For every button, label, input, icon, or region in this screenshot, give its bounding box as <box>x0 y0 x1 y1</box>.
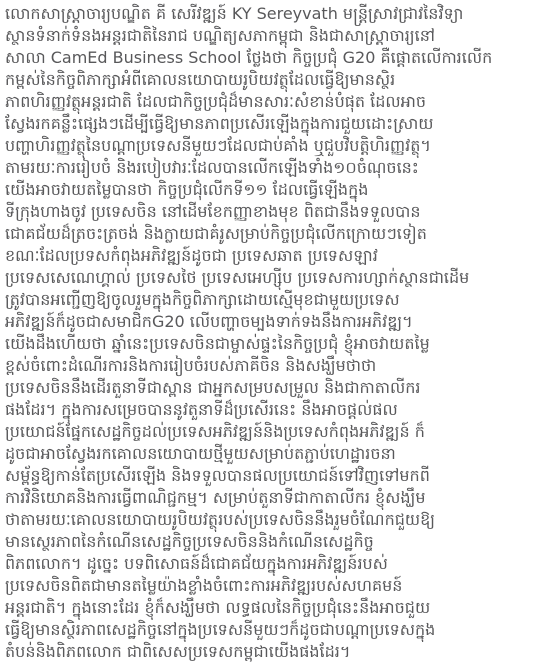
text-line: ភាពហិរញ្ញវត្ថុអន្តរជាតិ ដែលជាកិច្ចប្រជុំ… <box>5 91 535 113</box>
text-line: ជោគជ័យដ៏ត្រចះត្រចង់ និងក្លាយជាគំរូសម្រាប… <box>5 223 535 245</box>
text-line: ថាតាមរយៈគោលនយោបាយរូបិយវត្ថុរបស់ប្រទេសចិន… <box>5 509 535 531</box>
text-line: អភិវឌ្ឍន៍ក៏ដូចជាសមាជិកG20 លើបញ្ហាចម្បងទា… <box>5 311 535 333</box>
text-line: ផងដែរ។ ក្នុងការសម្រេចបាននូវតួនាទីដ៏ប្រសើ… <box>5 399 535 421</box>
text-line: ត្រូវបានអញ្ជើញឱ្យចូលរួមក្នុងកិច្ចពិភាក្ស… <box>5 289 535 311</box>
text-line: តាមរយៈការរៀបចំ និងរបៀបវារៈដែលបានលើកឡើងទា… <box>5 157 535 179</box>
text-line: សាលា CamEd Business School ថ្លែងថា កិច្ច… <box>5 47 535 69</box>
text-line: មានស្ថេរភាពនៃកំណើនសេដ្ឋកិច្ចប្រទេសចិននិង… <box>5 531 535 553</box>
document-page: លោកសាស្ត្រាចារ្យបណ្ឌិត គី សេរីវឌ្ឍន៍ KY … <box>0 0 537 662</box>
text-line: ការវិនិយោគនិងការធ្វើពាណិជ្ជកម្ម។ សម្រាប់… <box>5 487 535 509</box>
text-line: កម្ពស់នៃកិច្ចពិភាក្សាអំពីគោលនយោបាយរូបិយវ… <box>5 69 535 91</box>
text-line: ធ្វើឱ្យមានស្ថិរភាពសេដ្ឋកិច្ចនៅក្នុងប្រទេ… <box>5 619 535 641</box>
article-paragraph: លោកសាស្ត្រាចារ្យបណ្ឌិត គី សេរីវឌ្ឍន៍ KY … <box>5 3 535 662</box>
text-line: ខណៈដែលប្រទសកំពុងអភិវឌ្ឍន៍ដូចជា ប្រទេសឆាត… <box>5 245 535 267</box>
text-line: ពិភពលោក។ ដូច្នេះ បទពិសោធន៍ដ៏ជោគជ័យក្នុងក… <box>5 553 535 575</box>
text-line: តំបន់និងពិភពលោក ជាពិសេសប្រទេសកម្ពុជាយើងផ… <box>5 641 535 662</box>
text-line: ស្វែងរកគន្លឹះផ្សេងៗដើម្បីធ្វើឱ្យមានភាពប្… <box>5 113 535 135</box>
text-line: ដូចជាអាចស្វែងរកគោលនយោបាយថ្មីមួយសម្រាប់តភ… <box>5 443 535 465</box>
text-line: យើងអាចវាយតម្លៃបានថា កិច្ចប្រជុំលើកទី១១ ដ… <box>5 179 535 201</box>
text-line: ទីក្រុងហាងចូវ ប្រទេសចិន នៅដើមខែកញ្ញាខាងម… <box>5 201 535 223</box>
text-line: យើងដឹងហើយថា ឆ្នាំនេះប្រទេសចិនជាម្ចាស់ផ្ទ… <box>5 333 535 355</box>
text-line: លោកសាស្ត្រាចារ្យបណ្ឌិត គី សេរីវឌ្ឍន៍ KY … <box>5 3 535 25</box>
text-line: ស្ថានទំនាក់ទំនងអន្តរជាតិនៃរាជ បណ្ឌិត្យសភ… <box>5 25 535 47</box>
text-line: ប្រទេសសេណេហ្គាល់ ប្រទេសថៃ ប្រទេសអេហ្ស៊ីប… <box>5 267 535 289</box>
text-line: អន្តរជាតិ។ ក្នុងនោះដែរ ខ្ញុំក៏សង្ឃឹមថា ល… <box>5 597 535 619</box>
text-line: ប្រទេសចិននឹងដើរតួនាទីជាស្ពាន ជាអ្នកសម្រប… <box>5 377 535 399</box>
text-line: សម្ព័ន្ធឱ្យកាន់តែប្រសើរឡើង និងទទួលបានផលប… <box>5 465 535 487</box>
text-line: បញ្ហាហិរញ្ញវត្ថុនៃបណ្តាប្រទេសនីមួយៗដែលជា… <box>5 135 535 157</box>
text-line: ប្រយោជន៍ផ្នែកសេដ្ឋកិច្ចដល់ប្រទេសអភិវឌ្ឍន… <box>5 421 535 443</box>
text-line: ប្រទេសចិនពិតជាមានតម្លៃយ៉ាងខ្លាំងចំពោះការ… <box>5 575 535 597</box>
text-line: ខ្ពស់ចំពោះដំណើរការនិងការរៀបចំរបស់ភាគីចិន… <box>5 355 535 377</box>
